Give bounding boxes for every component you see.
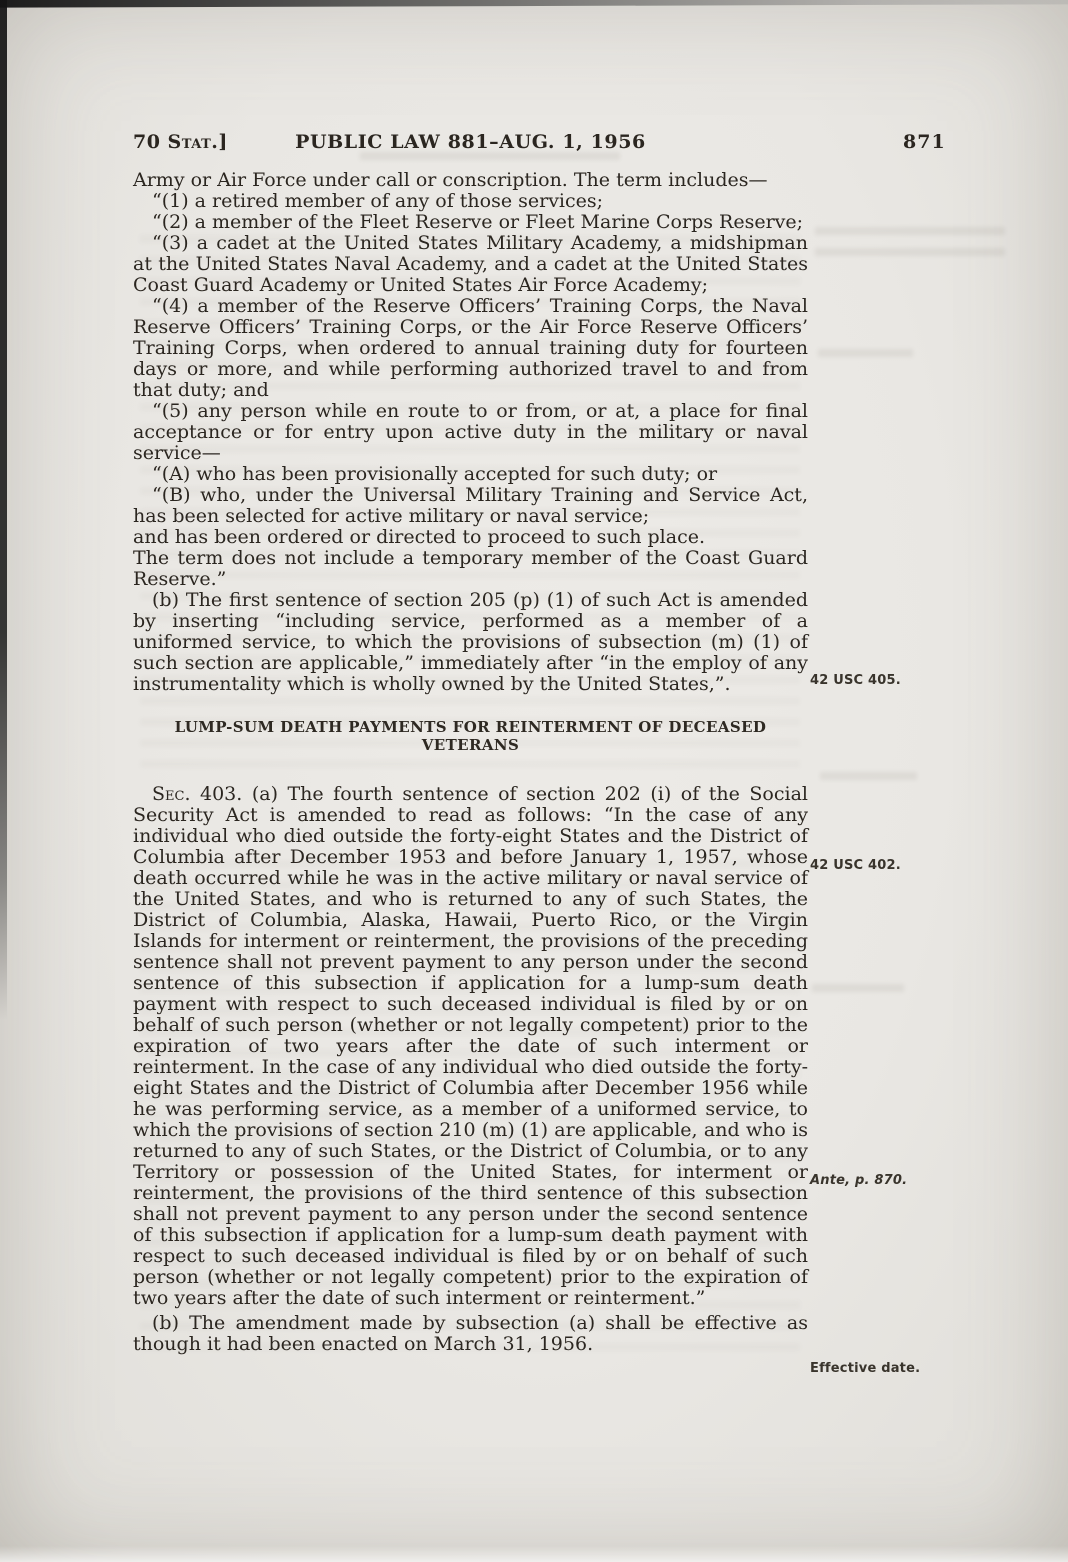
scan-edge-bottom (0, 1546, 1068, 1562)
item-5-closing-line: and has been ordered or directed to proc… (133, 527, 808, 548)
sec-403-b-paragraph: (b) The amendment made by subsection (a)… (133, 1313, 808, 1355)
list-item-3: “(3) a cadet at the United States Milita… (133, 233, 808, 296)
sub-item-A: “(A) who has been provisionally accepted… (133, 464, 808, 485)
scan-edge-left (0, 0, 7, 1020)
sub-item-B: “(B) who, under the Universal Military T… (133, 485, 808, 527)
statute-text-column: Army or Air Force under call or conscrip… (133, 170, 808, 1355)
closing-paragraph: The term does not include a temporary me… (133, 548, 808, 590)
statute-page: 70 Stat.] PUBLIC LAW 881–AUG. 1, 1956 87… (0, 0, 1068, 1562)
margin-note-ante-p-870: Ante, p. 870. (810, 1173, 980, 1188)
bleed-through-artifact (820, 772, 917, 786)
running-head: 70 Stat.] PUBLIC LAW 881–AUG. 1, 1956 (133, 131, 808, 155)
bleed-through-artifact (815, 227, 1005, 263)
margin-note-effective-date: Effective date. (810, 1361, 980, 1376)
sec-403-text: (a) The fourth sentence of section 202 (… (133, 783, 808, 1309)
page-number: 871 (903, 131, 946, 153)
intro-paragraph: Army or Air Force under call or conscrip… (133, 170, 808, 191)
list-item-1: “(1) a retired member of any of those se… (133, 191, 808, 212)
section-heading: LUMP-SUM DEATH PAYMENTS FOR REINTERMENT … (133, 718, 808, 754)
scan-edge-top (0, 0, 1068, 8)
list-item-5: “(5) any person while en route to or fro… (133, 401, 808, 464)
margin-note-42-usc-405: 42 USC 405. (810, 673, 980, 688)
running-head-title: PUBLIC LAW 881–AUG. 1, 1956 (133, 131, 808, 153)
bleed-through-artifact (812, 984, 904, 998)
sec-403-paragraph: Sec. 403. (a) The fourth sentence of sec… (133, 784, 808, 1309)
subsection-b-paragraph: (b) The first sentence of section 205 (p… (133, 590, 808, 695)
sec-403-label: Sec. 403. (152, 783, 242, 805)
bleed-through-artifact (818, 349, 913, 363)
list-item-2: “(2) a member of the Fleet Reserve or Fl… (133, 212, 808, 233)
margin-note-42-usc-402: 42 USC 402. (810, 858, 980, 873)
list-item-4: “(4) a member of the Reserve Officers’ T… (133, 296, 808, 401)
